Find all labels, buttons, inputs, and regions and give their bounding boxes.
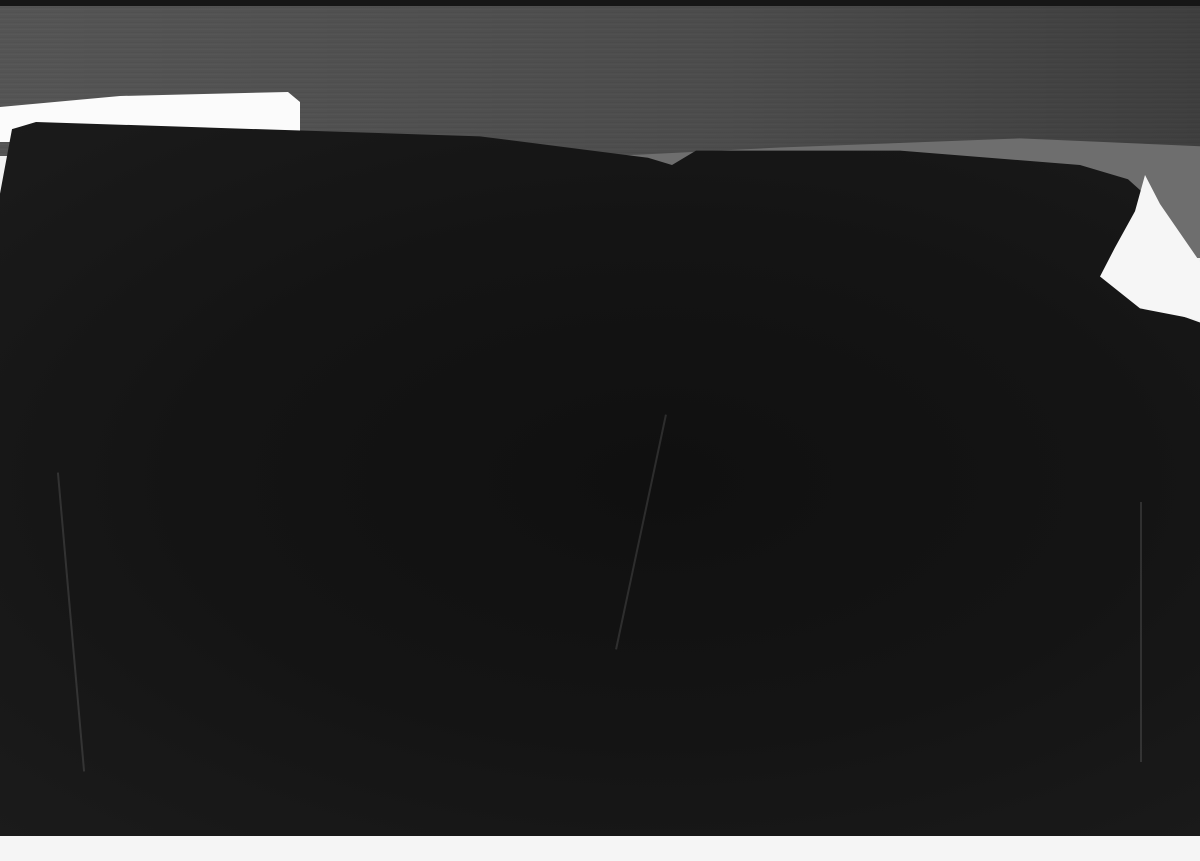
torn-black-sheet [0, 122, 1200, 838]
bottom-white-margin [0, 836, 1200, 861]
scratch-mark [615, 414, 667, 649]
photo-scene [0, 0, 1200, 861]
scratch-mark [57, 472, 85, 771]
scratch-mark [1140, 502, 1142, 762]
